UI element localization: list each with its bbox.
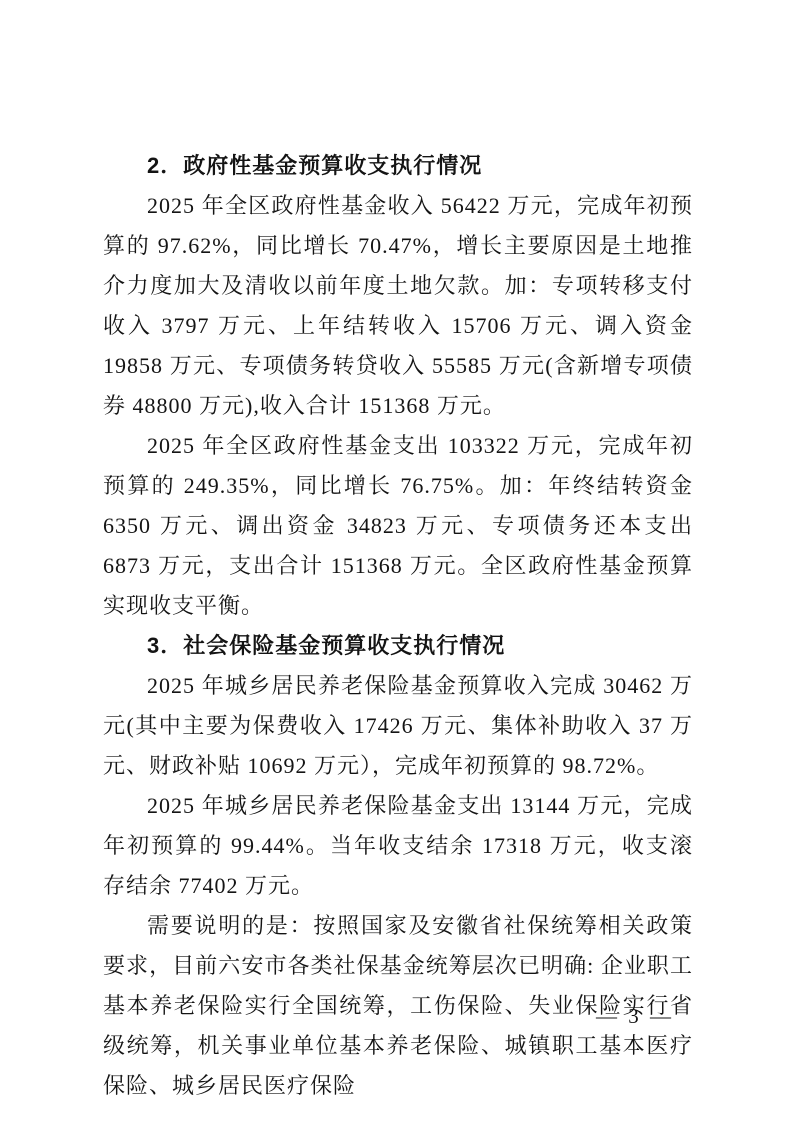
paragraph-gov-fund-income: 2025 年全区政府性基金收入 56422 万元，完成年初预算的 97.62%，… [103, 186, 693, 426]
document-page: 2．政府性基金预算收支执行情况 2025 年全区政府性基金收入 56422 万元… [0, 0, 793, 1122]
section-heading-gov-fund-budget: 2．政府性基金预算收支执行情况 [103, 146, 693, 186]
document-body: 2．政府性基金预算收支执行情况 2025 年全区政府性基金收入 56422 万元… [103, 146, 693, 1106]
page-number: — 3 — [596, 1000, 674, 1032]
paragraph-gov-fund-expenditure: 2025 年全区政府性基金支出 103322 万元，完成年初预算的 249.35… [103, 426, 693, 626]
paragraph-social-insurance-income: 2025 年城乡居民养老保险基金预算收入完成 30462 万元(其中主要为保费收… [103, 666, 693, 786]
paragraph-social-insurance-expenditure: 2025 年城乡居民养老保险基金支出 13144 万元，完成年初预算的 99.4… [103, 786, 693, 906]
section-heading-social-insurance-budget: 3．社会保险基金预算收支执行情况 [103, 626, 693, 666]
